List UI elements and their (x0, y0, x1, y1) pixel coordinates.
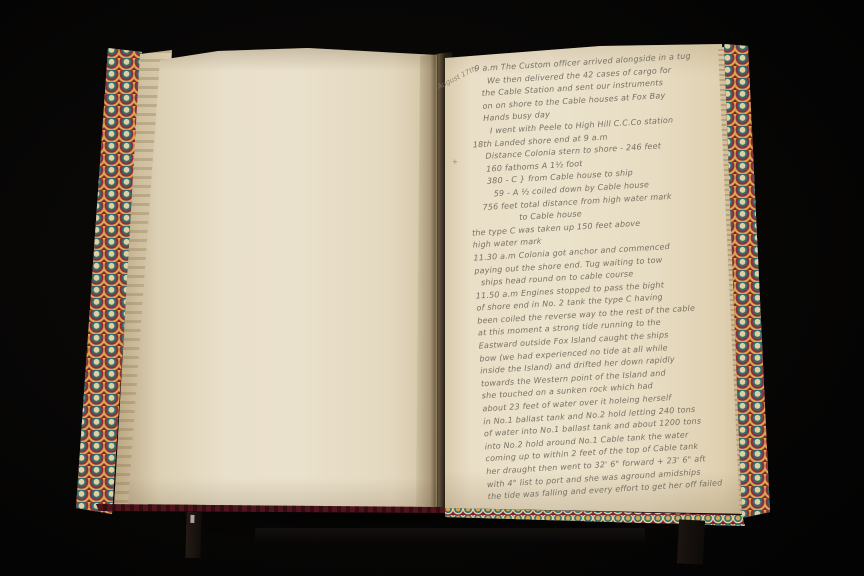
handwritten-entry: 9 a.m The Custom officer arrived alongsi… (462, 46, 784, 504)
photograph-open-logbook: August 17th + 9 a.m The Custom officer a… (0, 0, 864, 576)
display-stand-bar (255, 528, 645, 542)
display-stand-foot-left (185, 512, 201, 558)
handwritten-margin-mark: + (452, 158, 458, 166)
display-stand-foot-right (677, 519, 705, 564)
left-page-blank (128, 48, 438, 510)
